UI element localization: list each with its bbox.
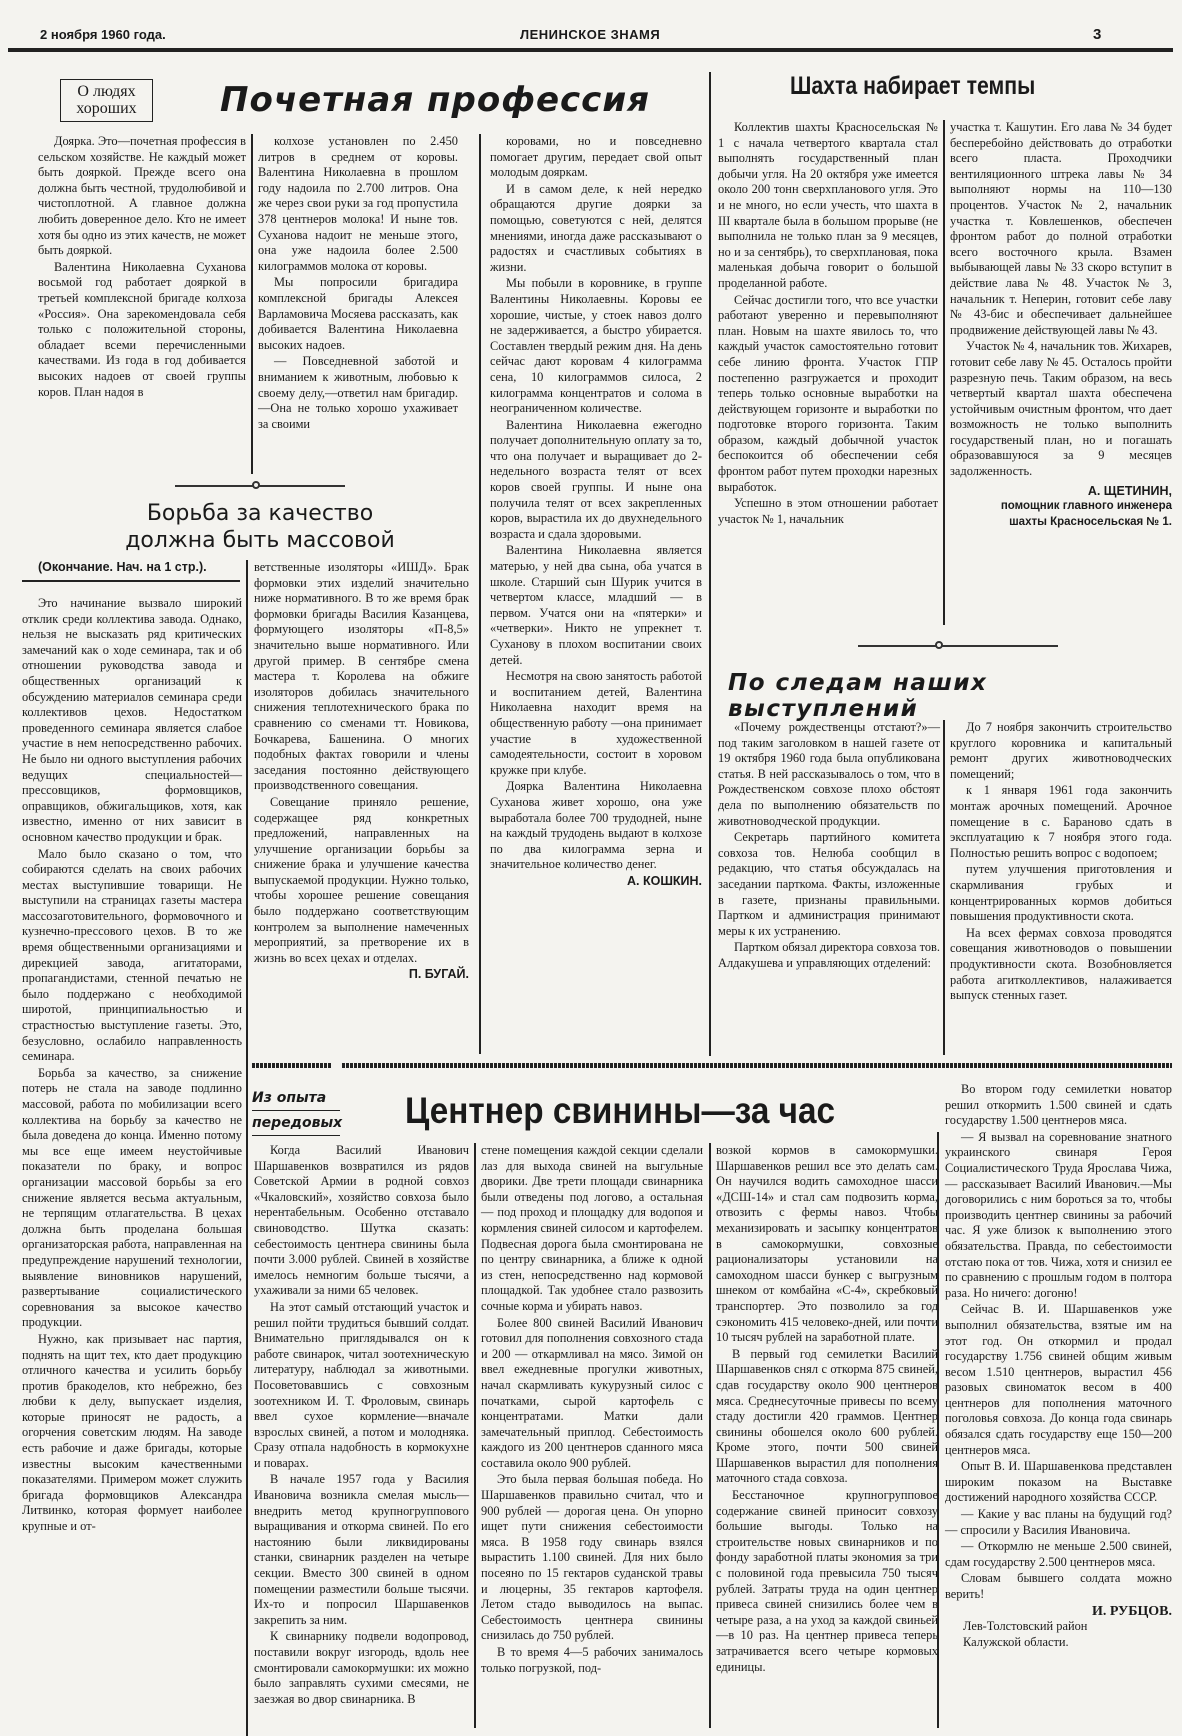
sledam-column-2: До 7 ноября закончить строительство круг… [950,720,1172,1005]
shahta-column-2: участка т. Кашутин. Его лава № 34 будет … [950,120,1172,530]
column-rule [479,134,481,1054]
rubric-line: передовых [252,1111,340,1136]
borba-column-1: Это начинание вызвало широкий отклик сре… [22,596,242,1536]
signature-shchetinin: А. ЩЕТИНИН, [950,484,1172,500]
continuation-note: (Окончание. Нач. на 1 стр.). [38,560,207,574]
centner-column-2: стене помещения каждой секции сделали ла… [481,1143,703,1677]
paragraph: — Какие у вас планы на будущий год? — сп… [945,1507,1172,1538]
paragraph: Валентина Николаевна является матерью, у… [490,543,702,668]
paragraph: Словам бывшего солдата можно верить! [945,1571,1172,1602]
borba-column-2: ветственные изоляторы «ИШД». Брак формов… [254,560,469,983]
sledam-column-1: «Почему рождественцы отстают?»—под таким… [718,720,940,973]
paragraph: До 7 ноября закончить строительство круг… [950,720,1172,782]
paragraph: Это начинание вызвало широкий отклик сре… [22,596,242,846]
paragraph: Мы побыли в коровнике, в группе Валентин… [490,276,702,416]
paragraph: коровами, но и повседневно помогает друг… [490,134,702,181]
column-rule [943,120,945,625]
section-divider [175,485,345,487]
centner-column-3: возкой кормов в самокормушки. Шаршавенко… [716,1143,938,1676]
signature-title: помощник главного инженера [950,499,1172,515]
paragraph: Участок № 4, начальник тов. Жихарев, гот… [950,339,1172,479]
signature-title: шахты Красносельская № 1. [950,515,1172,531]
paragraph: На этот самый отстающий участок и решил … [254,1300,469,1472]
section-rule [252,1063,332,1068]
column-rule [709,1143,711,1728]
headline-line: Борьба за качество [60,500,460,527]
paragraph: Во втором году семилетки новатор решил о… [945,1082,1172,1129]
paragraph: ветственные изоляторы «ИШД». Брак формов… [254,560,469,794]
column-rule [246,560,248,1736]
paragraph: к 1 января 1961 года закончить монтаж ар… [950,783,1172,861]
headline-borba: Борьба за качество должна быть массовой [60,500,460,554]
paragraph: Борьба за качество, за снижение потерь н… [22,1066,242,1331]
paragraph: Более 800 свиней Василий Иванович готови… [481,1316,703,1472]
column-rule [937,1132,939,1728]
signature-koshkin: А. КОШКИН. [490,874,702,890]
rubric-opyt: Из опыта передовых [252,1086,340,1136]
paragraph: Совещание приняло решение, содержащее ря… [254,795,469,967]
paragraph: Опыт В. И. Шаршавенкова представлен широ… [945,1459,1172,1506]
paragraph: Партком обязал директора совхоза тов. Ал… [718,940,940,971]
headline-line: должна быть массовой [60,527,460,554]
paragraph: стене помещения каждой секции сделали ла… [481,1143,703,1315]
paragraph: Валентина Николаевна ежегодно получает д… [490,418,702,543]
paragraph: Сейчас достигли того, что все участки ра… [718,293,938,496]
signature-rubtsov: И. РУБЦОВ. [945,1604,1172,1620]
paragraph: колхозе установлен по 2.450 литров в сре… [258,134,458,274]
masthead-rule [8,48,1173,52]
paragraph: Валентина Николаевна Суханова восьмой го… [38,260,246,400]
paragraph: Мы попросили бригадира комплексной брига… [258,275,458,353]
paragraph: В то время 4—5 рабочих занималось только… [481,1645,703,1676]
newspaper-title: ЛЕНИНСКОЕ ЗНАМЯ [520,27,660,42]
profession-column-1: Доярка. Это—почетная профессия в сельско… [38,134,246,401]
headline-profession: Почетная профессия [220,80,650,120]
paragraph: Мало было сказано о том, что собираются … [22,847,242,1065]
continuation-underline [22,580,240,582]
signature-place: Лев-Толстовский район [945,1619,1172,1635]
paragraph: Секретарь партийного комитета совхоза то… [718,830,940,939]
signature-bugai: П. БУГАЙ. [254,967,469,983]
centner-column-1: Когда Василий Иванович Шаршавенков возвр… [254,1143,469,1708]
column-rule [474,1143,476,1728]
page-number: 3 [1093,26,1101,43]
shahta-column-1: Коллектив шахты Красносельская № 1 с нач… [718,120,938,528]
paragraph: «Почему рождественцы отстают?»—под таким… [718,720,940,829]
rubric-box: О людях хороших [60,79,153,122]
signature-place: Калужской области. [945,1635,1172,1651]
paragraph: возкой кормов в самокормушки. Шаршавенко… [716,1143,938,1346]
centner-column-4: Во втором году семилетки новатор решил о… [945,1082,1172,1650]
paragraph: Успешно в этом отношении работает участо… [718,496,938,527]
paragraph: Нужно, как призывает нас партия, поднять… [22,1332,242,1535]
profession-column-2: колхозе установлен по 2.450 литров в сре… [258,134,458,433]
section-rule [342,1063,1172,1068]
paragraph: И в самом деле, к ней нередко обращаются… [490,182,702,276]
column-rule [709,72,711,1056]
paragraph: Коллектив шахты Красносельская № 1 с нач… [718,120,938,292]
paragraph: Это была первая большая победа. Но Шарша… [481,1472,703,1644]
headline-centner: Центнер свинины—за час [405,1090,835,1132]
paragraph: — Повседневной заботой и вниманием к жив… [258,354,458,432]
divider-ornament-icon [252,481,260,489]
rubric-line: Из опыта [252,1086,340,1111]
paragraph: путем улучшения приготовления и скармлив… [950,862,1172,924]
divider-ornament-icon [935,641,943,649]
headline-shahta: Шахта набирает темпы [790,72,1035,101]
paragraph: Бесстаночное крупногрупповое содержание … [716,1488,938,1675]
paragraph: Сейчас В. И. Шаршавенков уже выполнил об… [945,1302,1172,1458]
paragraph: В первый год семилетки Василий Шаршавенк… [716,1347,938,1487]
paragraph: — Откормлю не меньше 2.500 свиней, сдам … [945,1539,1172,1570]
section-divider [858,645,1058,647]
rubric-line: О людях [61,83,152,100]
paragraph: участка т. Кашутин. Его лава № 34 будет … [950,120,1172,338]
rubric-line: хороших [61,100,152,117]
paragraph: Доярка. Это—почетная профессия в сельско… [38,134,246,259]
column-rule [943,720,945,1055]
profession-column-3: коровами, но и повседневно помогает друг… [490,134,702,890]
headline-sledam: По следам наших выступлений [728,670,1182,722]
paragraph: Доярка Валентина Николаевна Суханова жив… [490,779,702,873]
paragraph: — Я вызвал на соревнование знатного укра… [945,1130,1172,1302]
paragraph: К свинарнику подвели водопровод, постави… [254,1629,469,1707]
paragraph: Несмотря на свою занятость работой и вос… [490,669,702,778]
paragraph: Когда Василий Иванович Шаршавенков возвр… [254,1143,469,1299]
paragraph: В начале 1957 года у Василия Ивановича в… [254,1472,469,1628]
column-rule [251,134,253,474]
issue-date: 2 ноября 1960 года. [40,27,166,42]
paragraph: На всех фермах совхоза проводятся совеща… [950,926,1172,1004]
